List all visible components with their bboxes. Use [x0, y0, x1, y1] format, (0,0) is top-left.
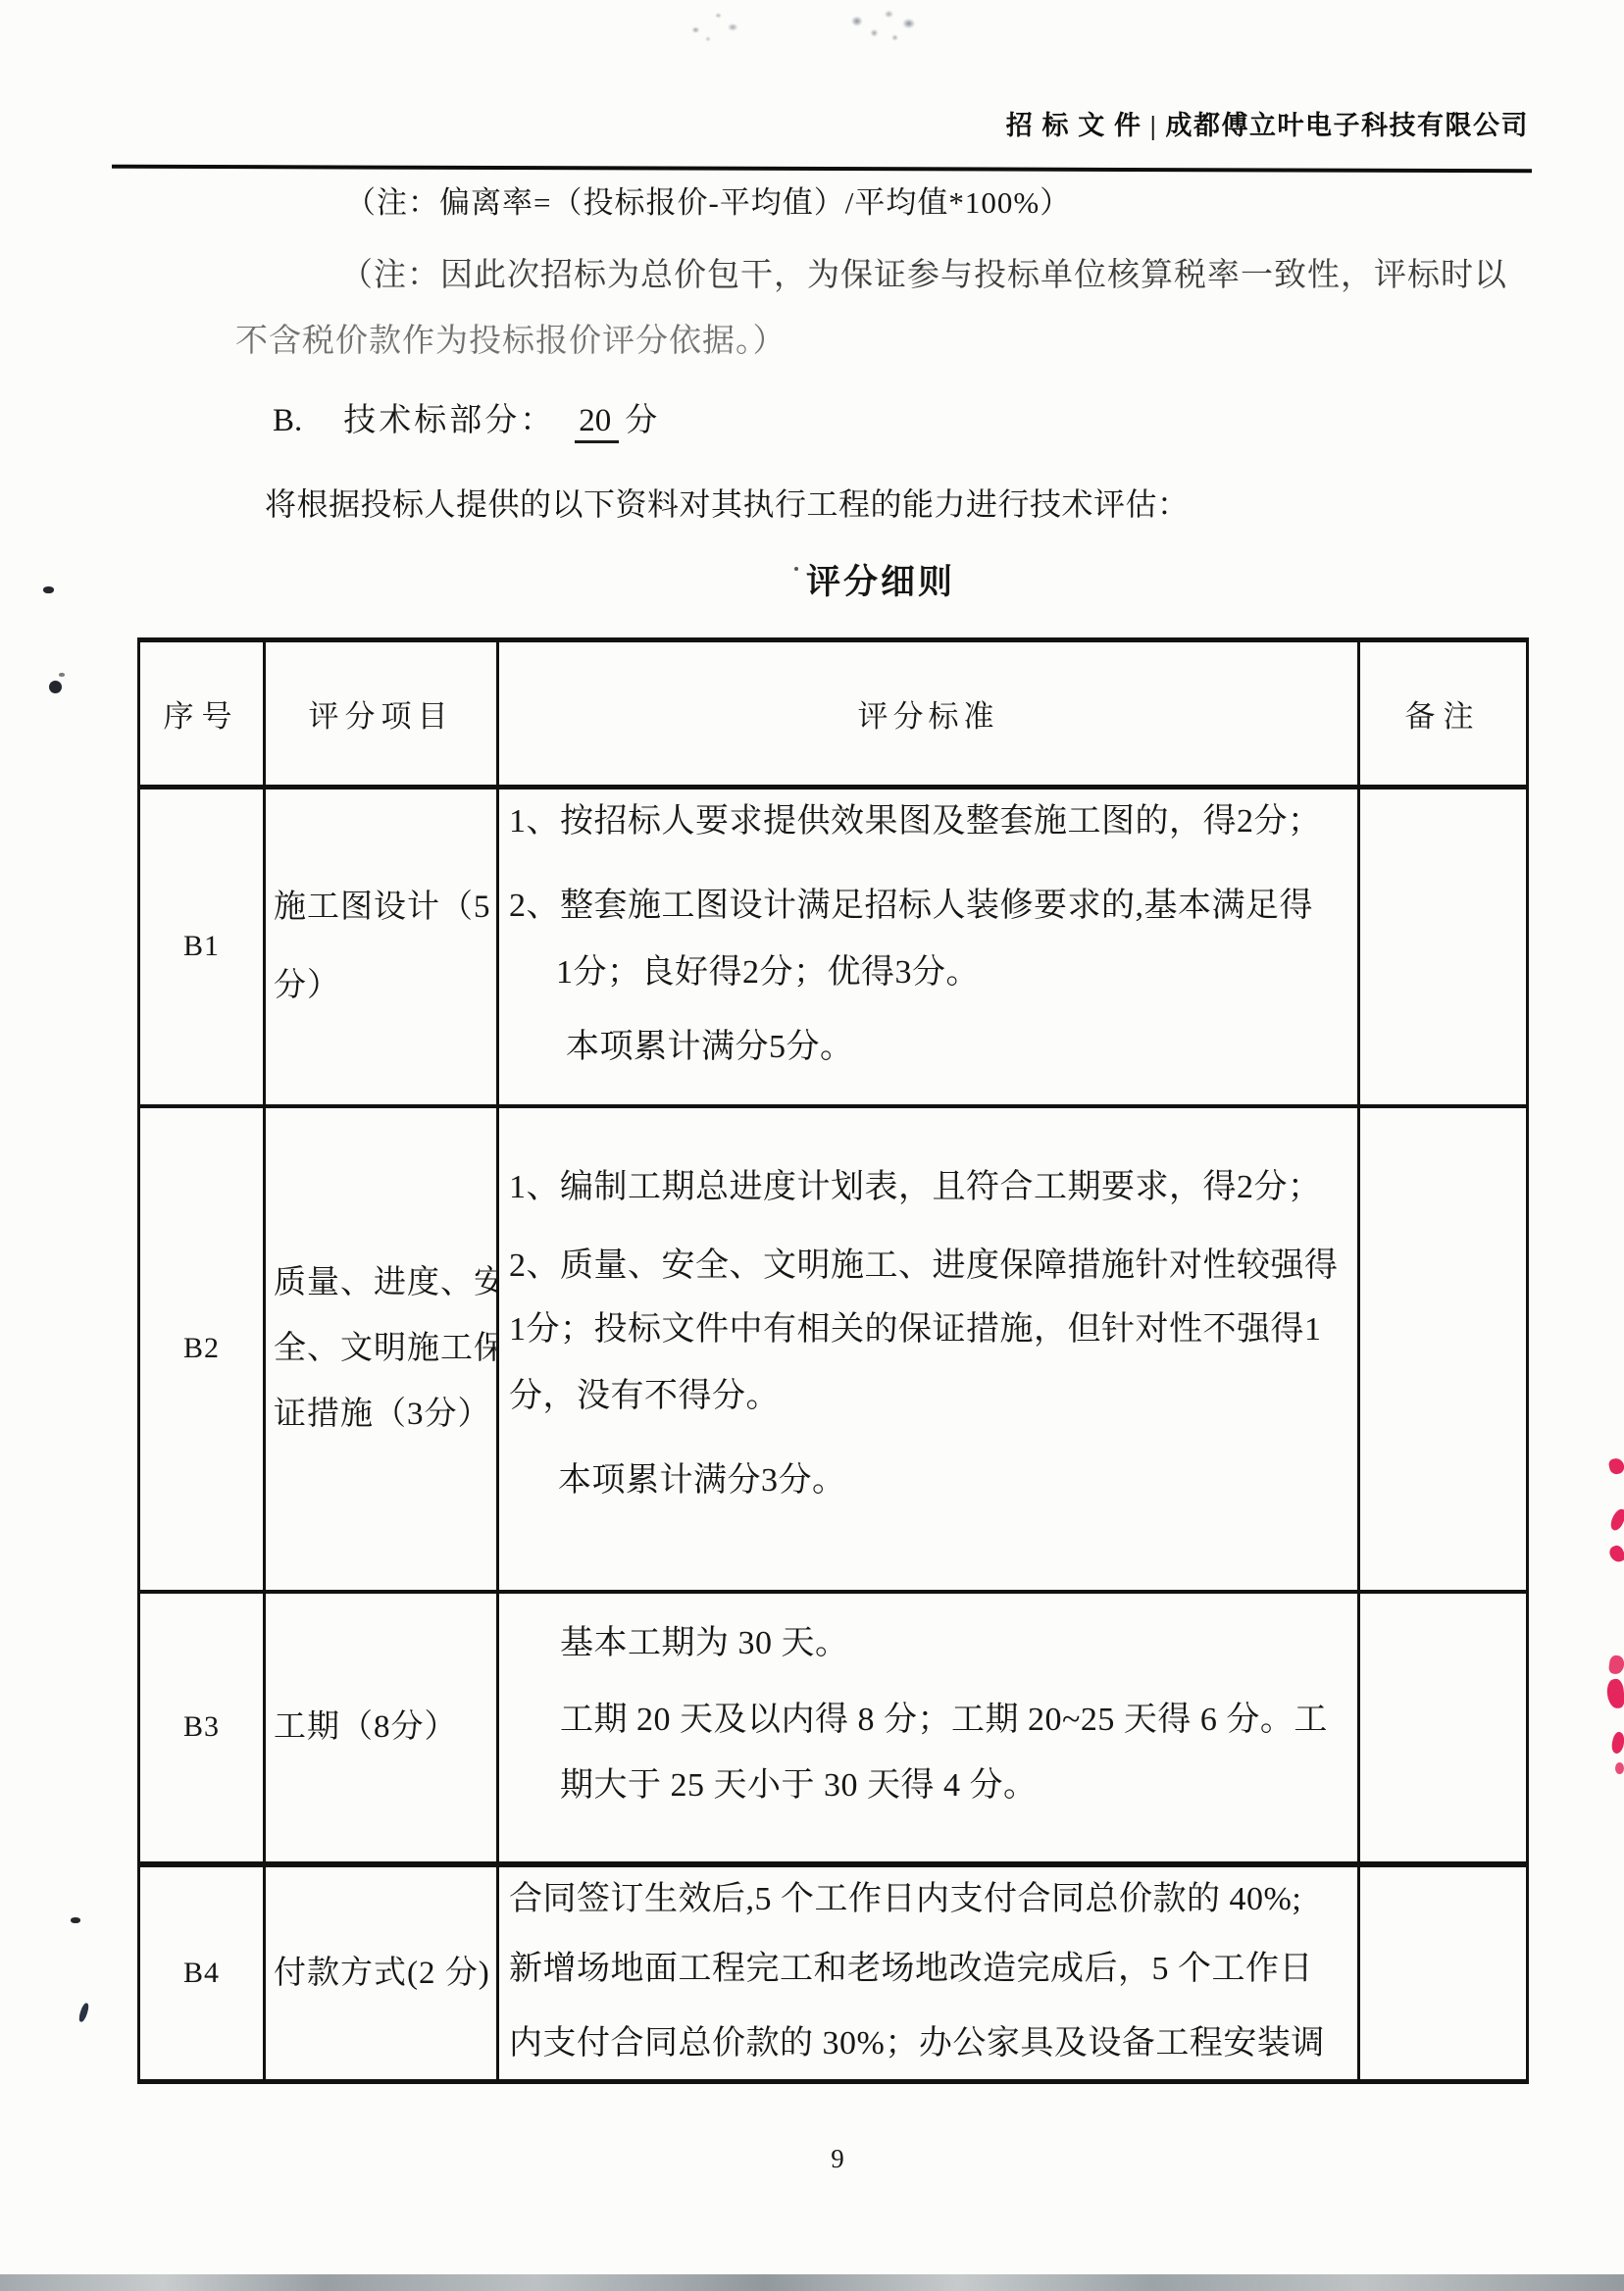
criteria-line: 2、整套施工图设计满足招标人装修要求的,基本满足得 [509, 886, 1351, 927]
note-tax-line2: 不含税价款作为投标报价评分依据。） [235, 315, 787, 361]
criteria-line: 1分；良好得2分；优得3分。 [509, 952, 1351, 993]
col-header-no: 序号 [139, 640, 265, 788]
criteria-line: 本项累计满分5分。 [509, 1027, 1351, 1068]
item-b-label: 技术标部分： [343, 403, 555, 438]
criteria-line: 1分；投标文件中有相关的保证措施，但针对性不强得1 [509, 1309, 1351, 1350]
criteria-line: 内支付合同总价款的 30%；办公家具及设备工程安装调 [509, 2023, 1351, 2064]
page-number: 9 [816, 2144, 859, 2174]
item-line: 工期（8分） [274, 1706, 496, 1748]
row-b4-item: 付款方式(2 分) [265, 1864, 498, 2082]
scan-speck [43, 586, 54, 593]
red-ink-mark [1615, 1762, 1624, 1774]
scan-speck [59, 673, 65, 677]
scan-speck [49, 681, 62, 693]
item-line: 施工图设计（5 [274, 868, 496, 946]
item-b-unit: 分 [625, 403, 657, 438]
scanned-document-page: 招 标 文 件 | 成都傅立叶电子科技有限公司 （注：偏离率=（投标报价-平均值… [0, 0, 1624, 2291]
header-rule [112, 165, 1532, 174]
scan-speck [794, 567, 798, 571]
header-title: 招 标 文 件 | 成都傅立叶电子科技有限公司 [1006, 111, 1529, 140]
criteria-line: 期大于 25 天小于 30 天得 4 分。 [509, 1765, 1351, 1807]
row-b2-item: 质量、进度、安 全、文明施工保 证措施（3分） [265, 1106, 498, 1592]
table-row-b1: B1 施工图设计（5 分） 1、按招标人要求提供效果图及整套施工图的，得2分； … [139, 788, 1528, 1106]
criteria-line: 2、质量、安全、文明施工、进度保障措施针对性较强得 [509, 1246, 1351, 1287]
row-b1-criteria: 1、按招标人要求提供效果图及整套施工图的，得2分； 2、整套施工图设计满足招标人… [498, 788, 1359, 1106]
row-b4-criteria: 合同签订生效后,5 个工作日内支付合同总价款的 40%; 新增场地面工程完工和老… [498, 1864, 1359, 2082]
note-tax-line1: （注：因此次招标为总价包干，为保证参与投标单位核算税率一致性，评标时以 [340, 249, 1507, 295]
scanner-edge-band [0, 2274, 1624, 2291]
row-b2-criteria: 1、编制工期总进度计划表，且符合工期要求，得2分； 2、质量、安全、文明施工、进… [498, 1106, 1359, 1592]
scan-smudge [841, 0, 928, 47]
red-ink-mark [1609, 1731, 1624, 1755]
item-line: 证措施（3分） [274, 1382, 496, 1448]
scan-speck [77, 2002, 90, 2022]
criteria-line: 本项累计满分3分。 [509, 1460, 1351, 1502]
criteria-line: 分，没有不得分。 [509, 1376, 1351, 1417]
table-row-b3: B3 工期（8分） 基本工期为 30 天。 工期 20 天及以内得 8 分；工期… [139, 1592, 1528, 1864]
section-item-b: B.技术标部分：20分 [273, 394, 657, 440]
table-row-b4: B4 付款方式(2 分) 合同签订生效后,5 个工作日内支付合同总价款的 40%… [139, 1864, 1528, 2082]
col-header-remark: 备注 [1359, 640, 1528, 788]
row-b3-no: B3 [139, 1592, 265, 1864]
criteria-line: 基本工期为 30 天。 [509, 1623, 1351, 1664]
criteria-line: 1、编制工期总进度计划表，且符合工期要求，得2分； [509, 1167, 1351, 1208]
row-b1-item: 施工图设计（5 分） [265, 788, 498, 1106]
red-ink-mark [1605, 1678, 1624, 1709]
scoring-table: 序号 评分项目 评分标准 备注 B1 施工图设计（5 分） 1、按招标人要求提供… [137, 637, 1529, 2084]
row-b3-criteria: 基本工期为 30 天。 工期 20 天及以内得 8 分；工期 20~25 天得 … [498, 1592, 1359, 1864]
row-b2-remark [1359, 1106, 1528, 1592]
item-line: 付款方式(2 分) [274, 1953, 496, 1994]
item-b-score: 20 [575, 403, 619, 443]
col-header-criteria: 评分标准 [498, 640, 1359, 788]
scan-smudge [681, 2, 749, 47]
criteria-line: 1、按招标人要求提供效果图及整套施工图的，得2分； [509, 801, 1351, 842]
table-row-b2: B2 质量、进度、安 全、文明施工保 证措施（3分） 1、编制工期总进度计划表，… [139, 1106, 1528, 1592]
row-b2-no: B2 [139, 1106, 265, 1592]
criteria-line: 合同签订生效后,5 个工作日内支付合同总价款的 40%; [509, 1879, 1351, 1920]
table-title: 评分细则 [806, 555, 955, 604]
red-ink-mark [1608, 1457, 1624, 1476]
row-b4-no: B4 [139, 1864, 265, 2082]
document-header: 招 标 文 件 | 成都傅立叶电子科技有限公司 [1006, 104, 1529, 142]
red-ink-mark [1608, 1507, 1624, 1533]
col-header-item: 评分项目 [265, 640, 498, 788]
item-b-index: B. [273, 403, 302, 438]
tech-eval-paragraph: 将根据投标人提供的以下资料对其执行工程的能力进行技术评估： [265, 480, 1190, 525]
row-b4-remark [1359, 1864, 1528, 2082]
red-ink-mark [1607, 1544, 1624, 1564]
item-line: 分） [274, 946, 496, 1025]
row-b3-item: 工期（8分） [265, 1592, 498, 1864]
criteria-line: 新增场地面工程完工和老场地改造完成后，5 个工作日 [509, 1949, 1351, 1990]
scan-speck [71, 1917, 80, 1923]
table-header-row: 序号 评分项目 评分标准 备注 [139, 640, 1528, 788]
row-b1-no: B1 [139, 788, 265, 1106]
item-line: 质量、进度、安 [274, 1250, 496, 1316]
row-b3-remark [1359, 1592, 1528, 1864]
criteria-line: 工期 20 天及以内得 8 分；工期 20~25 天得 6 分。工 [509, 1700, 1351, 1741]
red-ink-mark [1608, 1655, 1624, 1675]
row-b1-remark [1359, 788, 1528, 1106]
note-deviation-formula: （注：偏离率=（投标报价-平均值）/平均值*100%） [345, 178, 1071, 222]
item-line: 全、文明施工保 [274, 1316, 496, 1382]
